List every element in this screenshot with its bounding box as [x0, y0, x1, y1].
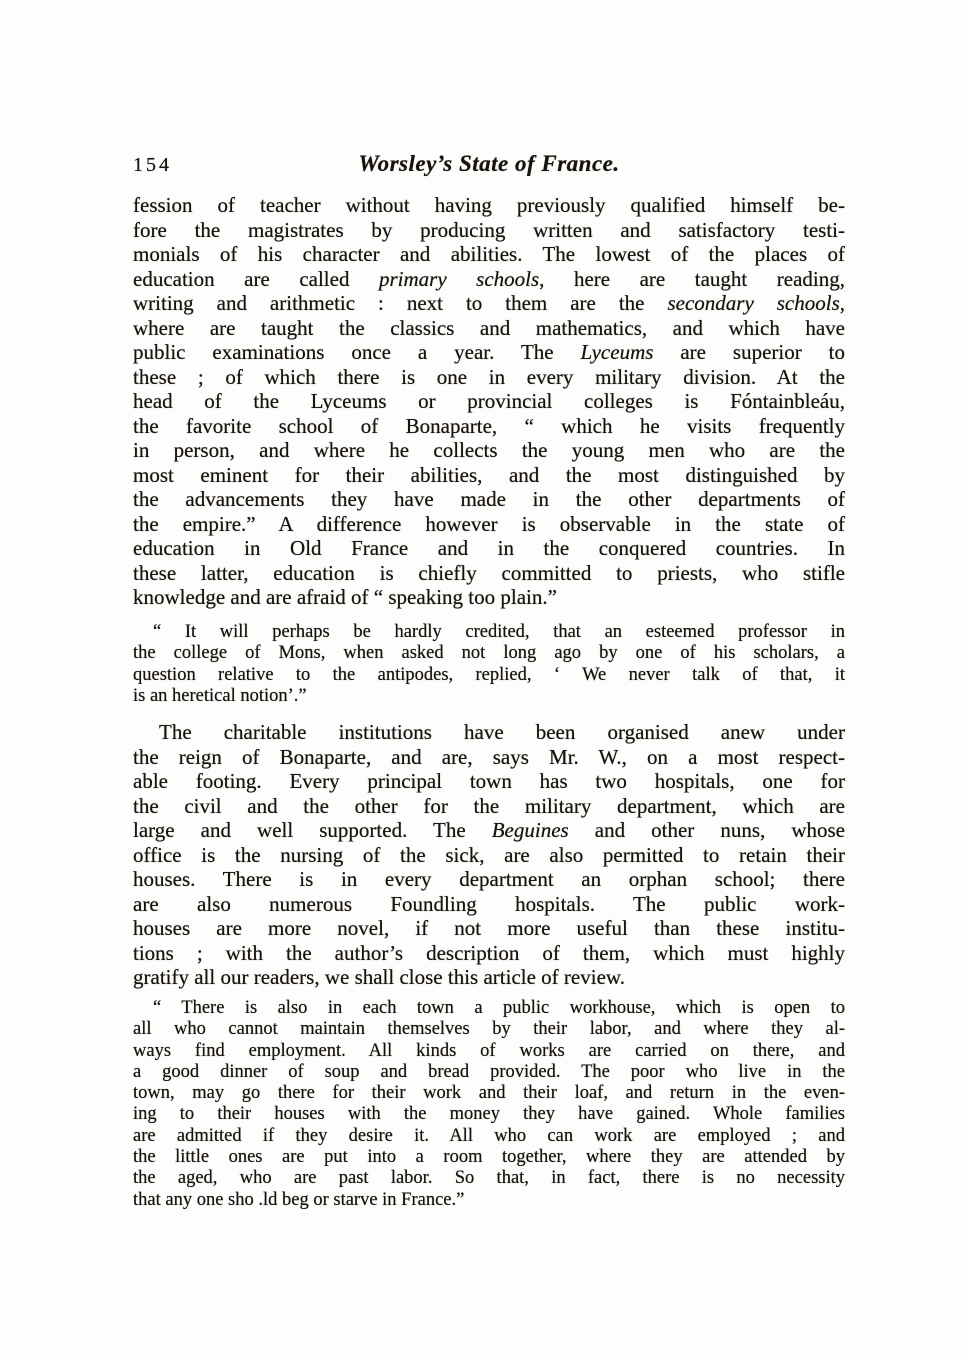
scanned-book-page: 154 Worsley’s State of France. fession o…: [0, 0, 966, 1360]
text-line: “ It will perhaps be hardly credited, th…: [133, 622, 845, 643]
blockquote-workhouse: “ There is also in each town a public wo…: [133, 998, 845, 1211]
text-line: ing to their houses with the money they …: [133, 1104, 845, 1125]
text-line: fore the magistrates by producing writte…: [133, 218, 845, 243]
text-line: gratify all our readers, we shall close …: [133, 965, 845, 990]
text-line: the reign of Bonaparte, and are, says Mr…: [133, 745, 845, 770]
text-line: The charitable institutions have been or…: [133, 720, 845, 745]
text-line: question relative to the antipodes, repl…: [133, 665, 845, 686]
text-line: the empire.” A difference however is obs…: [133, 512, 845, 537]
text-line: the favorite school of Bonaparte, “ whic…: [133, 414, 845, 439]
text-line: fession of teacher without having previo…: [133, 193, 845, 218]
text-line: writing and arithmetic : next to them ar…: [133, 291, 845, 316]
text-line: are admitted if they desire it. All who …: [133, 1126, 845, 1147]
running-head: 154 Worsley’s State of France.: [133, 151, 845, 179]
text-line: “ There is also in each town a public wo…: [133, 998, 845, 1019]
text-line: the civil and the other for the military…: [133, 794, 845, 819]
text-line: houses are more novel, if not more usefu…: [133, 916, 845, 941]
page-number: 154: [133, 154, 172, 177]
text-line: public examinations once a year. The Lyc…: [133, 340, 845, 365]
text-line: these ; of which there is one in every m…: [133, 365, 845, 390]
text-line: the aged, who are past labor. So that, i…: [133, 1168, 845, 1189]
body-paragraph-education: fession of teacher without having previo…: [133, 193, 845, 610]
body-paragraph-charitable-institutions: The charitable institutions have been or…: [133, 720, 845, 990]
text-line: ways find employment. All kinds of works…: [133, 1041, 845, 1062]
text-line: office is the nursing of the sick, are a…: [133, 843, 845, 868]
text-line: the advancements they have made in the o…: [133, 487, 845, 512]
text-line: the college of Mons, when asked not long…: [133, 643, 845, 664]
text-line: where are taught the classics and mathem…: [133, 316, 845, 341]
text-line: head of the Lyceums or provincial colleg…: [133, 389, 845, 414]
text-line: that any one sho .ld beg or starve in Fr…: [133, 1190, 845, 1211]
text-line: a good dinner of soup and bread provided…: [133, 1062, 845, 1083]
text-line: large and well supported. The Beguines a…: [133, 818, 845, 843]
blockquote-professor-anecdote: “ It will perhaps be hardly credited, th…: [133, 622, 845, 707]
text-line: houses. There is in every department an …: [133, 867, 845, 892]
text-line: are also numerous Foundling hospitals. T…: [133, 892, 845, 917]
text-line: most eminent for their abilities, and th…: [133, 463, 845, 488]
text-line: all who cannot maintain themselves by th…: [133, 1019, 845, 1040]
text-line: able footing. Every principal town has t…: [133, 769, 845, 794]
text-line: in person, and where he collects the you…: [133, 438, 845, 463]
text-line: tions ; with the author’s description of…: [133, 941, 845, 966]
text-line: is an heretical notion’.”: [133, 686, 845, 707]
text-line: education are called primary schools, he…: [133, 267, 845, 292]
text-line: town, may go there for their work and th…: [133, 1083, 845, 1104]
text-line: these latter, education is chiefly commi…: [133, 561, 845, 586]
text-line: monials of his character and abilities. …: [133, 242, 845, 267]
text-line: education in Old France and in the conqu…: [133, 536, 845, 561]
text-line: the little ones are put into a room toge…: [133, 1147, 845, 1168]
running-title: Worsley’s State of France.: [133, 151, 845, 177]
text-line: knowledge and are afraid of “ speaking t…: [133, 585, 845, 610]
